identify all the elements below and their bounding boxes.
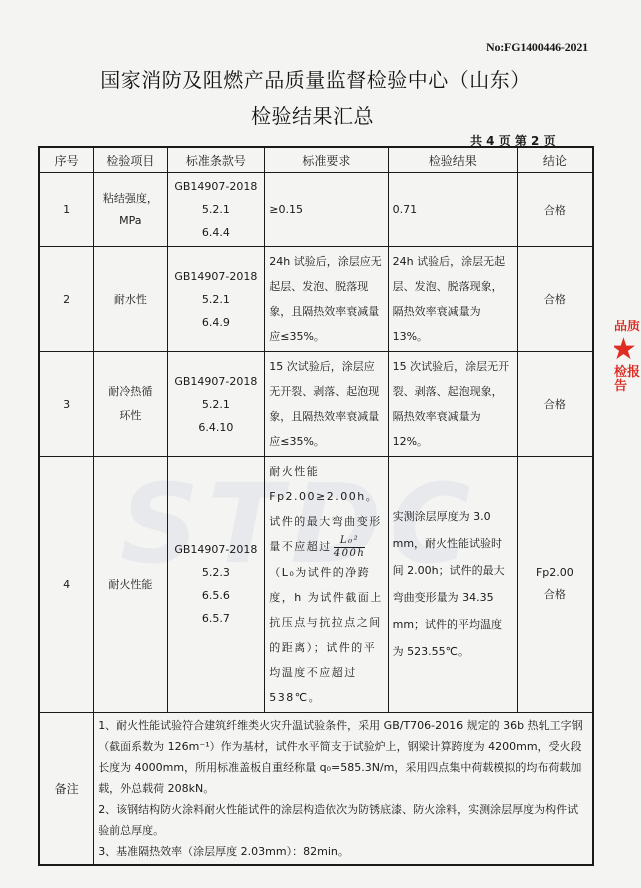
- row-requirement: 15 次试验后，涂层应无开裂、剥落、起泡现象，且隔热效率衰减量应≤35%。: [265, 352, 388, 457]
- row-no: 1: [39, 173, 94, 247]
- fire-rating: Fp2.00: [518, 562, 592, 584]
- remarks-label: 备注: [39, 712, 94, 865]
- col-header-conclusion: 结论: [517, 147, 593, 173]
- row-clauses: GB14907-2018 5.2.3 6.5.6 6.5.7: [167, 457, 265, 713]
- row-no: 3: [39, 352, 94, 457]
- row-requirement: 耐火性能 Fp2.00≥2.00h。试件的最大弯曲变形量不应超过L₀²400h（…: [265, 457, 388, 713]
- table-row: 4 耐火性能 GB14907-2018 5.2.3 6.5.6 6.5.7 耐火…: [39, 457, 593, 713]
- row-result: 实测涂层厚度为 3.0 mm，耐火性能试验时间 2.00h；试件的最大弯曲变形量…: [388, 457, 517, 713]
- row-result: 0.71: [388, 173, 517, 247]
- report-number: No:FG1400446-2021: [486, 40, 626, 55]
- col-header-result: 检验结果: [388, 147, 517, 173]
- clause-line: 6.5.6: [168, 584, 265, 607]
- clause-line: 6.5.7: [168, 607, 265, 630]
- clause-line: 6.4.4: [168, 221, 265, 244]
- page-title: 国家消防及阻燃产品质量监督检验中心（山东）: [0, 64, 636, 93]
- row-item: 耐水性: [94, 247, 167, 352]
- row-no: 2: [39, 247, 94, 352]
- remark-item: 2、该钢结构防火涂料耐火性能试件的涂层构造依次为防锈底漆、防火涂料，实测涂层厚度…: [98, 799, 588, 841]
- row-conclusion: 合格: [517, 247, 593, 352]
- formula-numerator: L₀²: [334, 535, 366, 548]
- page-subtitle: 检验结果汇总: [0, 100, 633, 129]
- col-header-no: 序号: [39, 147, 94, 173]
- deflection-formula: L₀²400h: [334, 535, 366, 560]
- remarks-body: 1、耐火性能试验符合建筑纤维类火灾升温试验条件，采用 GB/T706-2016 …: [94, 712, 593, 865]
- clause-line: GB14907-2018: [168, 265, 265, 288]
- item-line: MPa: [94, 210, 166, 232]
- table-row: 3 耐冷热循 环性 GB14907-2018 5.2.1 6.4.10 15 次…: [39, 352, 593, 457]
- row-clauses: GB14907-2018 5.2.1 6.4.10: [167, 352, 265, 457]
- official-seal-stamp: 品质 ★ 检报告: [614, 320, 641, 430]
- table-header-row: 序号 检验项目 标准条款号 标准要求 检验结果 结论: [39, 147, 593, 173]
- item-line: 耐火性能: [94, 576, 166, 592]
- table-row: 1 粘结强度， MPa GB14907-2018 5.2.1 6.4.4 ≥0.…: [39, 173, 593, 247]
- row-no: 4: [39, 457, 94, 713]
- item-line: 环性: [94, 404, 166, 428]
- clause-line: GB14907-2018: [168, 370, 265, 393]
- row-conclusion: 合格: [517, 173, 593, 247]
- table-row: 2 耐水性 GB14907-2018 5.2.1 6.4.9 24h 试验后，涂…: [39, 247, 593, 352]
- clause-line: 5.2.3: [168, 561, 265, 584]
- clause-line: 6.4.9: [168, 311, 265, 334]
- results-table: 序号 检验项目 标准条款号 标准要求 检验结果 结论 1 粘结强度， MPa G…: [38, 146, 594, 866]
- clause-line: GB14907-2018: [168, 175, 265, 198]
- row-item: 粘结强度， MPa: [94, 173, 167, 247]
- clause-line: 6.4.10: [168, 416, 265, 439]
- clause-line: 5.2.1: [168, 288, 265, 311]
- clause-line: 5.2.1: [168, 198, 265, 221]
- row-result: 15 次试验后，涂层无开裂、剥落、起泡现象，隔热效率衰减量为 12%。: [388, 352, 517, 457]
- row-item: 耐冷热循 环性: [94, 352, 167, 457]
- row-conclusion: Fp2.00 合格: [517, 457, 593, 713]
- seal-star-icon: ★: [614, 334, 641, 366]
- seal-text-bottom: 检报告: [614, 366, 641, 394]
- row-clauses: GB14907-2018 5.2.1 6.4.4: [167, 173, 265, 247]
- row-requirement: 24h 试验后，涂层应无起层、发泡、脱落现象，且隔热效率衰减量应≤35%。: [265, 247, 388, 352]
- col-header-clause: 标准条款号: [167, 147, 265, 173]
- remark-item: 1、耐火性能试验符合建筑纤维类火灾升温试验条件，采用 GB/T706-2016 …: [98, 715, 588, 799]
- row-conclusion: 合格: [517, 352, 593, 457]
- conclusion-verdict: 合格: [518, 584, 592, 606]
- row-result: 24h 试验后，涂层无起层、发泡、脱落现象，隔热效率衰减量为13%。: [388, 247, 517, 352]
- col-header-requirement: 标准要求: [265, 147, 388, 173]
- remarks-row: 备注 1、耐火性能试验符合建筑纤维类火灾升温试验条件，采用 GB/T706-20…: [39, 712, 593, 865]
- item-line: 粘结强度，: [94, 188, 166, 210]
- formula-denominator: 400h: [334, 548, 366, 560]
- requirement-text-part2: （L₀为试件的净跨度，h 为试件截面上抗压点与抗拉点之间的距离）；试件的平均温度…: [269, 566, 382, 704]
- row-clauses: GB14907-2018 5.2.1 6.4.9: [167, 247, 265, 352]
- remark-item: 3、基准隔热效率（涂层厚度 2.03mm）：82min。: [98, 841, 588, 862]
- item-line: 耐水性: [94, 291, 166, 307]
- col-header-item: 检验项目: [94, 147, 167, 173]
- clause-line: 5.2.1: [168, 393, 265, 416]
- row-requirement: ≥0.15: [265, 173, 388, 247]
- item-line: 耐冷热循: [94, 380, 166, 404]
- row-item: 耐火性能: [94, 457, 167, 713]
- clause-line: GB14907-2018: [168, 538, 265, 561]
